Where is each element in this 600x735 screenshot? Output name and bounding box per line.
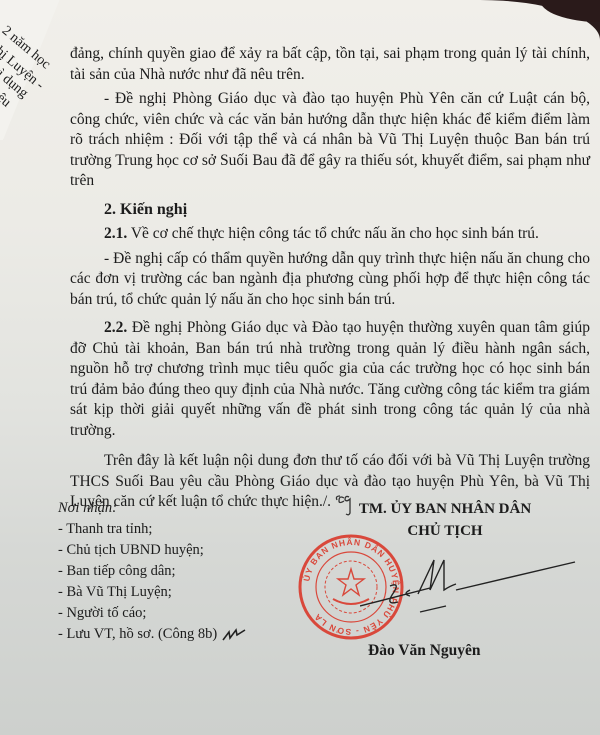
paragraph-discipline: - Đề nghị Phòng Giáo dục và đào tạo huyệ…	[70, 89, 590, 192]
recipient-item: - Bà Vũ Thị Luyện;	[58, 582, 247, 603]
section-2-2: 2.2. Đề nghị Phòng Giáo dục và Đào tạo h…	[70, 318, 590, 441]
recipient-item: - Thanh tra tỉnh;	[58, 519, 247, 540]
recipient-item: - Người tố cáo;	[58, 603, 247, 624]
document-body: đảng, chính quyền giao để xảy ra bất cập…	[70, 44, 590, 518]
recipients-list: Nơi nhận: - Thanh tra tỉnh; - Chủ tịch U…	[58, 498, 247, 645]
recipient-item: - Lưu VT, hồ sơ. (Công 8b)	[58, 624, 247, 645]
recipient-item: - Ban tiếp công dân;	[58, 561, 247, 582]
paragraph-intro: đảng, chính quyền giao để xảy ra bất cập…	[70, 44, 590, 85]
section-heading: 2. Kiến nghị	[104, 200, 590, 221]
section-number: 2.2.	[104, 319, 127, 336]
org-line: TM. ỦY BAN NHÂN DÂN	[330, 498, 560, 520]
background-edge	[540, 0, 600, 22]
section-title: Về cơ chế thực hiện công tác tổ chức nấu…	[131, 225, 539, 242]
recipient-item: - Chủ tịch UBND huyện;	[58, 540, 247, 561]
signer-name: Đào Văn Nguyên	[368, 642, 481, 660]
recipients-label: Nơi nhận:	[58, 498, 247, 519]
handwritten-initial-icon	[221, 628, 247, 642]
section-number: 2.1.	[104, 225, 127, 242]
section-text: Đề nghị Phòng Giáo dục và Đào tạo huyện …	[70, 319, 590, 439]
section-2-1-text: - Đề nghị cấp có thẩm quyền hướng dẫn qu…	[70, 249, 590, 311]
signature-icon	[360, 550, 580, 620]
section-2-1-title: 2.1. Về cơ chế thực hiện công tác tổ chứ…	[70, 224, 590, 245]
document-page: 2 năm học 2 năm học hị Luyện - rì dụng n…	[0, 0, 600, 735]
